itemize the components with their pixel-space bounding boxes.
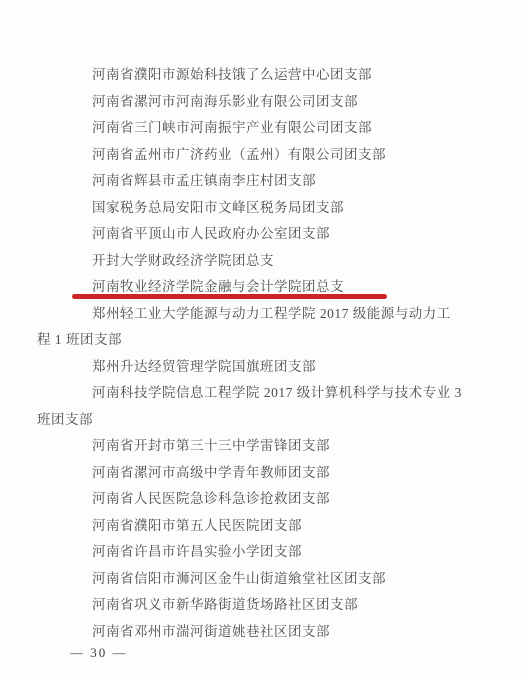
org-list-line: 河南省巩义市新华路街道货场路社区团支部: [37, 592, 517, 619]
org-list-line: 河南省漯河市高级中学青年教师团支部: [37, 460, 517, 487]
org-list-line: 河南牧业经济学院金融与会计学院团总支: [37, 274, 517, 301]
org-list-line: 河南省平顶山市人民政府办公室团支部: [37, 221, 517, 248]
org-list-line: 开封大学财政经济学院团总支: [37, 248, 517, 275]
org-list-line: 河南省濮阳市第五人民医院团支部: [37, 513, 517, 540]
org-list-line: 郑州轻工业大学能源与动力工程学院 2017 级能源与动力工: [37, 301, 517, 328]
document-page: 河南省濮阳市源始科技饿了么运营中心团支部河南省漯河市河南海乐影业有限公司团支部河…: [0, 0, 527, 677]
organization-list: 河南省濮阳市源始科技饿了么运营中心团支部河南省漯河市河南海乐影业有限公司团支部河…: [37, 62, 517, 645]
org-list-line: 河南省孟州市广济药业（孟州）有限公司团支部: [37, 142, 517, 169]
org-list-line: 河南省人民医院急诊科急诊抢救团支部: [37, 486, 517, 513]
org-list-line: 河南科技学院信息工程学院 2017 级计算机科学与技术专业 3: [37, 380, 517, 407]
org-list-line: 河南省邓州市湍河街道姚巷社区团支部: [37, 619, 517, 646]
org-list-line: 班团支部: [37, 407, 517, 434]
org-list-line: 河南省三门峡市河南振宇产业有限公司团支部: [37, 115, 517, 142]
org-list-line: 河南省信阳市浉河区金牛山街道飨堂社区团支部: [37, 566, 517, 593]
org-list-line: 国家税务总局安阳市文峰区税务局团支部: [37, 195, 517, 222]
org-list-line: 程 1 班团支部: [37, 327, 517, 354]
org-list-line: 河南省辉县市孟庄镇南李庄村团支部: [37, 168, 517, 195]
org-list-line: 河南省许昌市许昌实验小学团支部: [37, 539, 517, 566]
org-list-line: 郑州升达经贸管理学院国旗班团支部: [37, 354, 517, 381]
red-underline-mark: [72, 294, 387, 299]
org-list-line: 河南省开封市第三十三中学雷锋团支部: [37, 433, 517, 460]
org-list-line: 河南省濮阳市源始科技饿了么运营中心团支部: [37, 62, 517, 89]
org-list-line: 河南省漯河市河南海乐影业有限公司团支部: [37, 89, 517, 116]
page-number: — 30 —: [70, 645, 128, 661]
